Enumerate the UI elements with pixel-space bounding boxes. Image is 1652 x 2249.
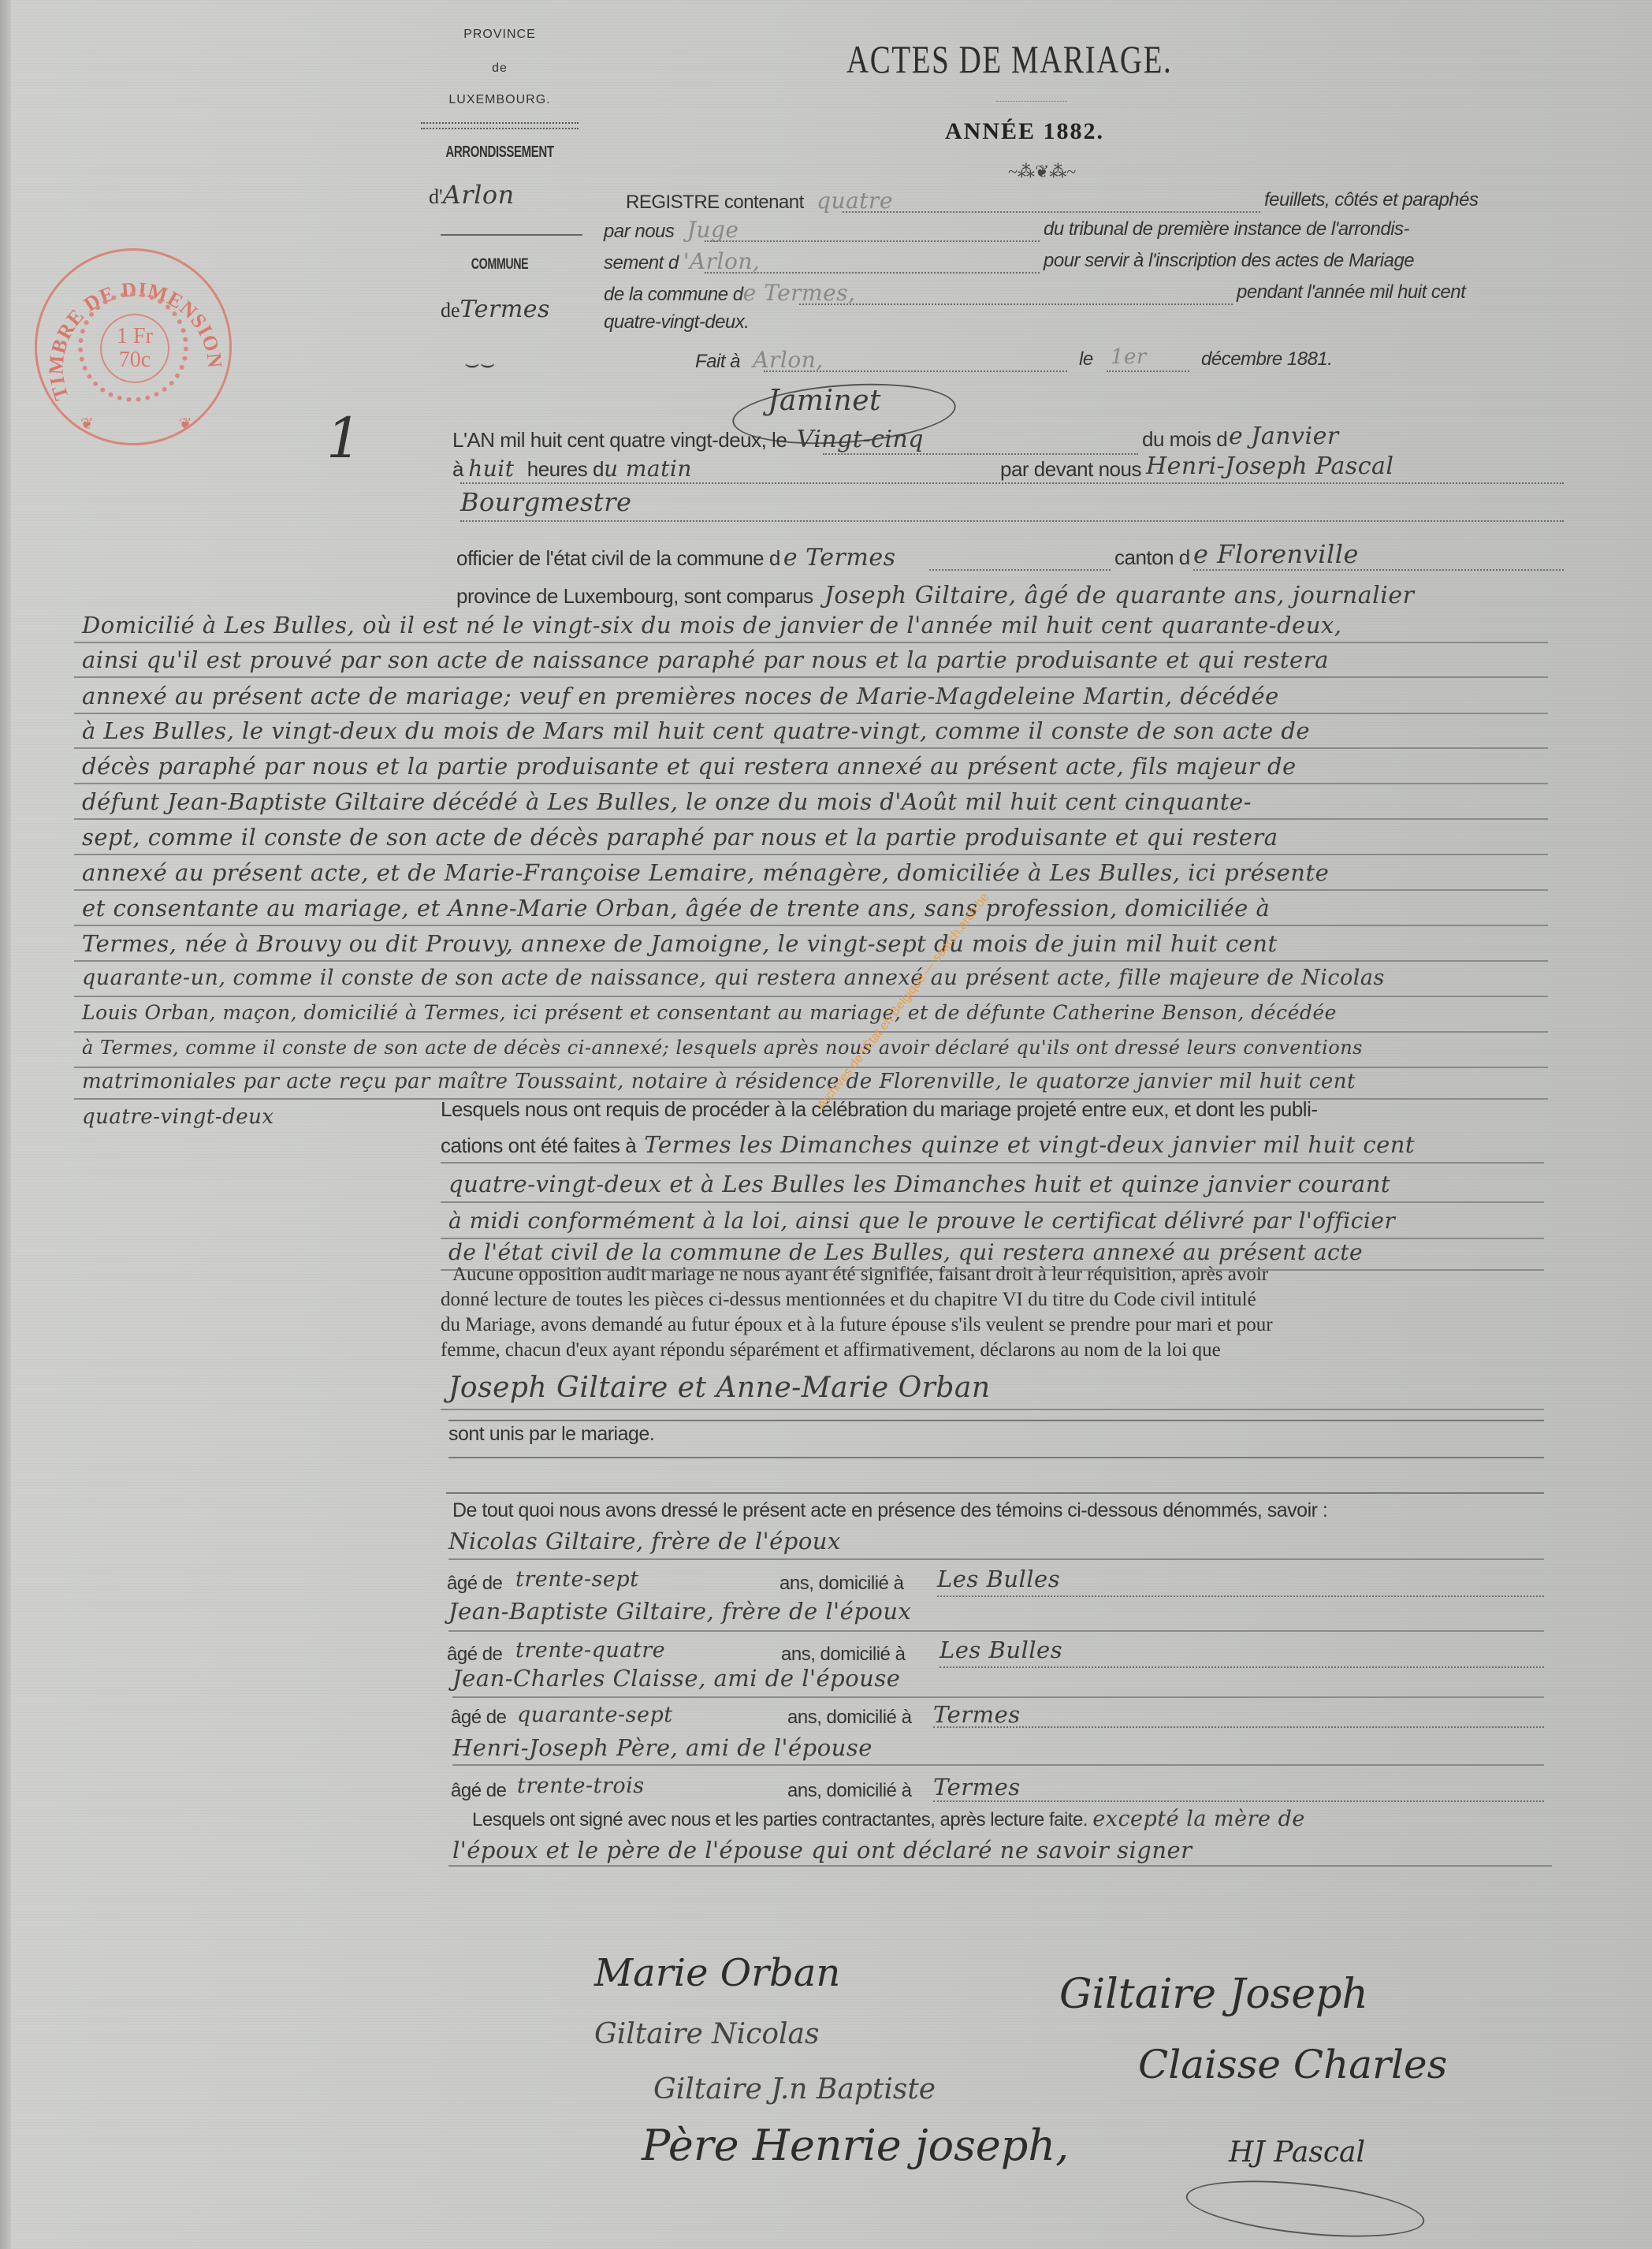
province-name: LUXEMBOURG. bbox=[405, 93, 594, 107]
ruled-line bbox=[446, 1492, 1544, 1494]
witness-3-name: Jean-Charles Claisse, ami de l'épouse bbox=[452, 1665, 900, 1692]
registre-line-4: de la commune de Termes, bbox=[604, 280, 855, 306]
acte-line-5: province de Luxembourg, sont comparus Jo… bbox=[456, 582, 1414, 609]
svg-text:❦: ❦ bbox=[179, 415, 192, 433]
ruled-line bbox=[448, 1420, 1544, 1421]
registre-line-2: par nous Juge bbox=[604, 217, 739, 243]
registre-line-4-suffix: pendant l'année mil huit cent bbox=[1237, 281, 1465, 303]
opposition-line: femme, chacun d'eux ayant répondu séparé… bbox=[441, 1339, 1221, 1361]
mayor-paraph-flourish bbox=[1183, 2171, 1427, 2246]
body-line: défunt Jean-Baptiste Giltaire décédé à L… bbox=[82, 788, 1252, 815]
commune-prefix: de bbox=[441, 299, 460, 322]
blank-line bbox=[823, 453, 1138, 455]
registre-line-1-suffix: feuillets, côtés et paraphés bbox=[1264, 189, 1479, 211]
blank-line bbox=[939, 1666, 1544, 1668]
body-line: annexé au présent acte de mariage; veuf … bbox=[82, 683, 1279, 709]
registre-line-3: sement d'Arlon, bbox=[604, 248, 760, 274]
witness-4-domicile: Termes bbox=[933, 1774, 1021, 1800]
ruled-line bbox=[74, 783, 1548, 784]
body-line: matrimoniales par acte reçu par maître T… bbox=[82, 1070, 1356, 1093]
fait-line: Fait à Arlon, bbox=[695, 347, 824, 373]
canton-value: e Florenville bbox=[1193, 539, 1359, 569]
acte-line-4: officier de l'état civil de la commune d… bbox=[456, 544, 895, 572]
body-line: quatre-vingt-deux bbox=[82, 1105, 274, 1129]
judge-paraph-signature: Jaminet bbox=[768, 385, 881, 417]
age-label: âgé de bbox=[447, 1573, 502, 1595]
age-label: âgé de bbox=[451, 1707, 506, 1729]
ruled-line bbox=[74, 642, 1548, 643]
registre-line-2-suffix: du tribunal de première instance de l'ar… bbox=[1044, 218, 1409, 240]
ruled-line bbox=[74, 676, 1548, 678]
fait-date: décembre 1881. bbox=[1201, 348, 1332, 370]
ruled-line bbox=[74, 996, 1548, 997]
ans-domicile-label: ans, domicilié à bbox=[602, 1644, 905, 1666]
body-line: à Les Bulles, le vingt-deux du mois de M… bbox=[82, 717, 1310, 744]
body-line: et consentante au mariage, et Anne-Marie… bbox=[82, 895, 1270, 922]
witness-2-name: Jean-Baptiste Giltaire, frère de l'époux bbox=[448, 1598, 911, 1625]
opposition-line: du Mariage, avons demandé au futur époux… bbox=[441, 1314, 1273, 1336]
fait-le: le bbox=[1079, 348, 1093, 370]
ruled-line bbox=[74, 818, 1548, 820]
signature-pere-henri-joseph: Père Henrie joseph, bbox=[642, 2121, 1069, 2170]
ruled-line bbox=[441, 1201, 1544, 1203]
par-devant-label: par devant nous bbox=[1000, 457, 1141, 482]
blank-line bbox=[460, 520, 1564, 522]
signed-line: Lesquels ont signé avec nous et les part… bbox=[472, 1807, 1305, 1831]
register-page: PROVINCE de LUXEMBOURG. ARRONDISSEMENT d… bbox=[11, 0, 1652, 2249]
requis-line: Lesquels nous ont requis de procéder à l… bbox=[441, 1097, 1318, 1122]
blank-line bbox=[1193, 569, 1564, 571]
spouses-names: Joseph Giltaire et Anne-Marie Orban bbox=[448, 1372, 991, 1404]
body-line: quarante-un, comme il conste de son acte… bbox=[82, 966, 1385, 990]
body-line: Louis Orban, maçon, domicilié à Termes, … bbox=[82, 1001, 1337, 1024]
signature-giltaire-nicolas: Giltaire Nicolas bbox=[594, 2018, 820, 2050]
blank-line bbox=[799, 303, 1233, 305]
age-label: âgé de bbox=[447, 1644, 502, 1666]
ruled-line bbox=[74, 960, 1548, 962]
body-line: à Termes, comme il conste de son acte de… bbox=[82, 1037, 1363, 1059]
ans-domicile-label: ans, domicilié à bbox=[602, 1707, 911, 1729]
ornament-icon: ~⁂❦⁂~ bbox=[1008, 162, 1076, 182]
body-line: ainsi qu'il est prouvé par son acte de n… bbox=[82, 646, 1329, 673]
blank-line bbox=[1107, 370, 1189, 372]
publications-line-1: cations ont été faites à Termes les Dima… bbox=[441, 1131, 1415, 1158]
commune-line: deTermes bbox=[441, 296, 550, 323]
ruled-line bbox=[448, 1865, 1552, 1867]
blank-line bbox=[929, 569, 1111, 571]
publications-line: quatre-vingt-deux et à Les Bulles les Di… bbox=[448, 1171, 1390, 1197]
witness-3-domicile: Termes bbox=[933, 1701, 1021, 1728]
canton-label: canton d bbox=[1114, 545, 1190, 570]
officer-title: Bourgmestre bbox=[460, 487, 631, 517]
signature-giltaire-jean-baptiste: Giltaire J.n Baptiste bbox=[653, 2073, 936, 2106]
ruled-line bbox=[74, 1067, 1548, 1068]
stamp-value: 1 Fr 70c bbox=[100, 314, 169, 383]
province-label: PROVINCE bbox=[405, 28, 594, 42]
publications-line: de l'état civil de la commune de Les Bul… bbox=[448, 1239, 1363, 1265]
tax-stamp: TIMBRE DE DIMENSION ❦ ❦ 1 Fr 70c bbox=[35, 248, 232, 445]
witness-1-name: Nicolas Giltaire, frère de l'époux bbox=[448, 1528, 841, 1555]
commune-value: Termes bbox=[460, 296, 550, 323]
divider bbox=[441, 234, 582, 236]
arrondissement-label: ARRONDISSEMENT bbox=[429, 143, 571, 162]
page-title: ACTES DE MARIAGE. bbox=[846, 36, 1172, 82]
signature-giltaire-joseph: Giltaire Joseph bbox=[1059, 1971, 1368, 2018]
arrondissement-value: Arlon bbox=[443, 180, 515, 210]
month-value: e Janvier bbox=[1229, 423, 1339, 450]
officer-name: Henri-Joseph Pascal bbox=[1146, 452, 1394, 480]
year-heading: ANNÉE 1882. bbox=[945, 118, 1104, 145]
blank-line bbox=[933, 1800, 1544, 1802]
ans-domicile-label: ans, domicilié à bbox=[602, 1573, 903, 1595]
body-line: annexé au présent acte, et de Marie-Fran… bbox=[82, 859, 1329, 886]
acte-line-2: à huit heures du matin bbox=[452, 456, 692, 482]
flourish-icon: ⌣⌣ bbox=[464, 351, 495, 378]
ruled-line bbox=[448, 1630, 1544, 1632]
ruled-line bbox=[74, 925, 1548, 926]
registre-line-5: quatre-vingt-deux. bbox=[604, 311, 749, 333]
signature-claisse-charles: Claisse Charles bbox=[1138, 2042, 1447, 2087]
registre-line-3-suffix: pour servir à l'inscription des actes de… bbox=[1044, 250, 1414, 272]
ans-domicile-label: ans, domicilié à bbox=[602, 1780, 911, 1802]
witness-4-name: Henri-Joseph Père, ami de l'épouse bbox=[452, 1734, 873, 1761]
ruled-line bbox=[74, 1031, 1548, 1033]
body-line: sept, comme il conste de son acte de déc… bbox=[82, 824, 1278, 851]
blank-line bbox=[705, 240, 1040, 242]
blank-line bbox=[933, 1726, 1544, 1728]
arrondissement-line: d'Arlon bbox=[429, 180, 515, 210]
ruled-line bbox=[74, 747, 1548, 749]
ruled-line bbox=[452, 1696, 1544, 1698]
publications-line: à midi conformément à la loi, ainsi que … bbox=[448, 1208, 1395, 1234]
signature-hj-pascal: HJ Pascal bbox=[1229, 2136, 1365, 2169]
body-line: décès paraphé par nous et la partie prod… bbox=[82, 753, 1297, 780]
ruled-line bbox=[441, 1409, 1544, 1410]
mois-label: du mois d bbox=[1142, 427, 1227, 452]
ruled-line bbox=[452, 1764, 1544, 1766]
divider bbox=[421, 122, 579, 124]
age-label: âgé de bbox=[451, 1780, 506, 1802]
witnesses-intro: De tout quoi nous avons dressé le présen… bbox=[452, 1499, 1327, 1522]
svg-text:❦: ❦ bbox=[80, 415, 94, 433]
commune-label: COMMUNE bbox=[429, 256, 571, 274]
registre-line-1: REGISTRE contenant quatre bbox=[626, 188, 893, 214]
act-number: 1 bbox=[326, 406, 362, 471]
body-line: Termes, née à Brouvy ou dit Prouvy, anne… bbox=[82, 930, 1278, 957]
signed-exception-line: l'époux et le père de l'épouse qui ont d… bbox=[452, 1837, 1192, 1864]
arrondissement-prefix: d' bbox=[429, 185, 443, 208]
unis-line: sont unis par le mariage. bbox=[448, 1423, 654, 1446]
witness-1-domicile: Les Bulles bbox=[937, 1566, 1060, 1592]
fait-day: 1er bbox=[1111, 345, 1147, 369]
signature-marie-orban: Marie Orban bbox=[594, 1951, 840, 1995]
blank-line bbox=[705, 272, 1040, 274]
opposition-line: donné lecture de toutes les pièces ci-de… bbox=[441, 1289, 1256, 1311]
ruled-line bbox=[448, 1457, 1544, 1458]
ruled-line bbox=[448, 1558, 1544, 1560]
witness-2-domicile: Les Bulles bbox=[939, 1636, 1062, 1663]
blank-line bbox=[937, 1596, 1544, 1597]
ruled-line bbox=[441, 1162, 1544, 1164]
blank-line bbox=[764, 370, 1067, 372]
blank-line bbox=[843, 211, 1260, 213]
divider bbox=[421, 128, 579, 129]
ruled-line bbox=[74, 854, 1548, 855]
ruled-line bbox=[74, 713, 1548, 714]
divider bbox=[996, 101, 1067, 102]
province-de: de bbox=[405, 61, 594, 76]
acte-line-1: L'AN mil huit cent quatre vingt-deux, le… bbox=[452, 426, 924, 453]
body-line: Domicilié à Les Bulles, où il est né le … bbox=[82, 612, 1341, 639]
opposition-line: Aucune opposition audit mariage ne nous … bbox=[452, 1264, 1268, 1286]
ruled-line bbox=[74, 889, 1548, 891]
blank-line bbox=[460, 482, 1564, 484]
